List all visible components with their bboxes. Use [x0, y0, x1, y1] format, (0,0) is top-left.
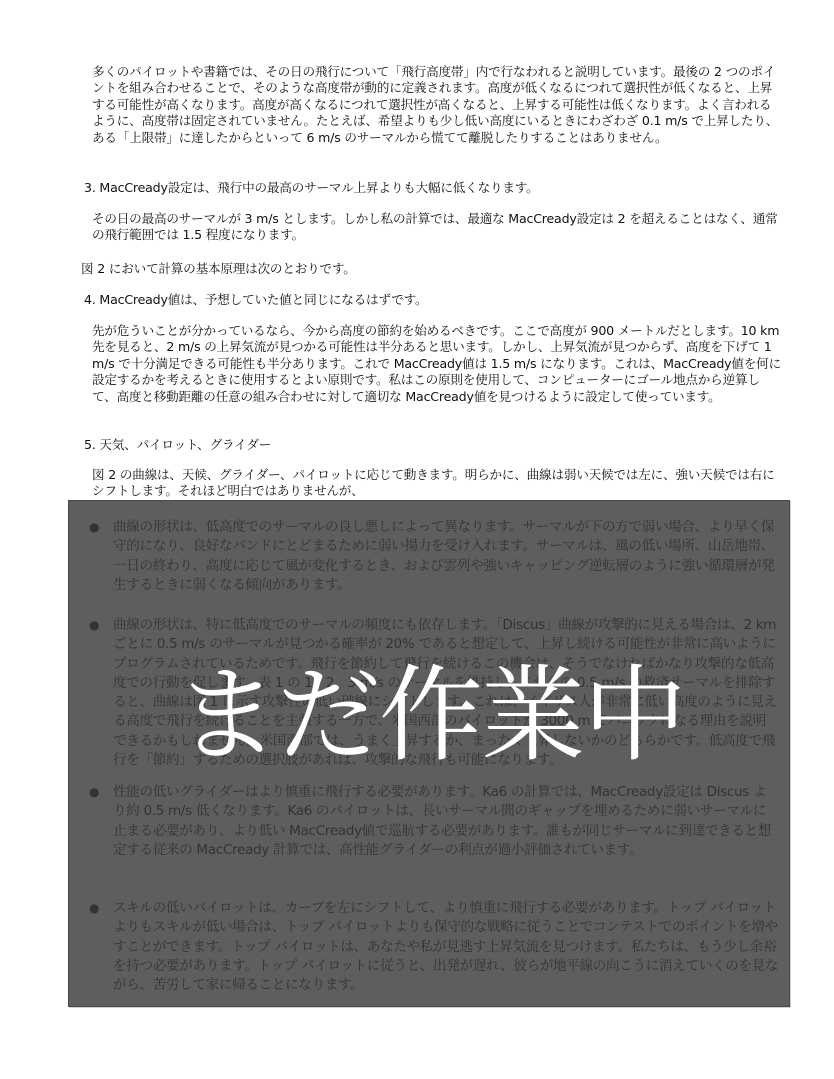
- paragraph-altitude-band: 多くのパイロットや書籍では、その日の飛行について「飛行高度帯」内で行なわれると説…: [92, 64, 782, 146]
- work-in-progress-overlay: ● 曲線の形状は、低高度でのサーマルの良し悪しによって異なります。サーマルが下の…: [68, 500, 790, 1007]
- bullet-text: 性能の低いグライダーはより慎重に飛行する必要があります。Ka6 の計算では、Ma…: [113, 783, 779, 860]
- section-heading-5: 5. 天気、パイロット、グライダー: [84, 437, 784, 453]
- bullet-item: ● 曲線の形状は、低高度でのサーマルの良し悪しによって異なります。サーマルが下の…: [89, 518, 779, 595]
- bullet-icon: ●: [89, 518, 113, 537]
- paragraph-figure-2-intro: 図 2 において計算の基本原理は次のとおりです。: [81, 261, 781, 277]
- bullet-item: ● 性能の低いグライダーはより慎重に飛行する必要があります。Ka6 の計算では、…: [89, 783, 779, 860]
- paragraph-curve-shift: 図 2 の曲線は、天候、グライダー、パイロットに応じて動きます。明らかに、曲線は…: [92, 467, 782, 500]
- paragraph-save-altitude: 先が危ういことが分かっているなら、今から高度の節約を始めるべきです。ここで高度が…: [92, 323, 782, 405]
- bullet-text: 曲線の形状は、低高度でのサーマルの良し悪しによって異なります。サーマルが下の方で…: [113, 518, 779, 595]
- bullet-icon: ●: [89, 899, 113, 918]
- paragraph-best-thermal: その日の最高のサーマルが 3 m/s とします。しかし私の計算では、最適な Ma…: [92, 211, 782, 244]
- document-page: 多くのパイロットや書籍では、その日の飛行について「飛行高度帯」内で行なわれると説…: [0, 0, 834, 1079]
- bullet-text: 曲線の形状は、特に低高度でのサーマルの頻度にも依存します。「Discus」曲線が…: [113, 616, 779, 770]
- section-heading-3: 3. MacCready設定は、飛行中の最高のサーマル上昇よりも大幅に低くなりま…: [84, 180, 784, 196]
- bullet-icon: ●: [89, 616, 113, 635]
- bullet-item: ● スキルの低いパイロットは、カーブを左にシフトして、より慎重に飛行する必要があ…: [89, 899, 779, 995]
- bullet-icon: ●: [89, 783, 113, 802]
- section-heading-4: 4. MacCready値は、予想していた値と同じになるはずです。: [84, 292, 784, 308]
- bullet-item: ● 曲線の形状は、特に低高度でのサーマルの頻度にも依存します。「Discus」曲…: [89, 616, 779, 770]
- bullet-text: スキルの低いパイロットは、カーブを左にシフトして、より慎重に飛行する必要がありま…: [113, 899, 779, 995]
